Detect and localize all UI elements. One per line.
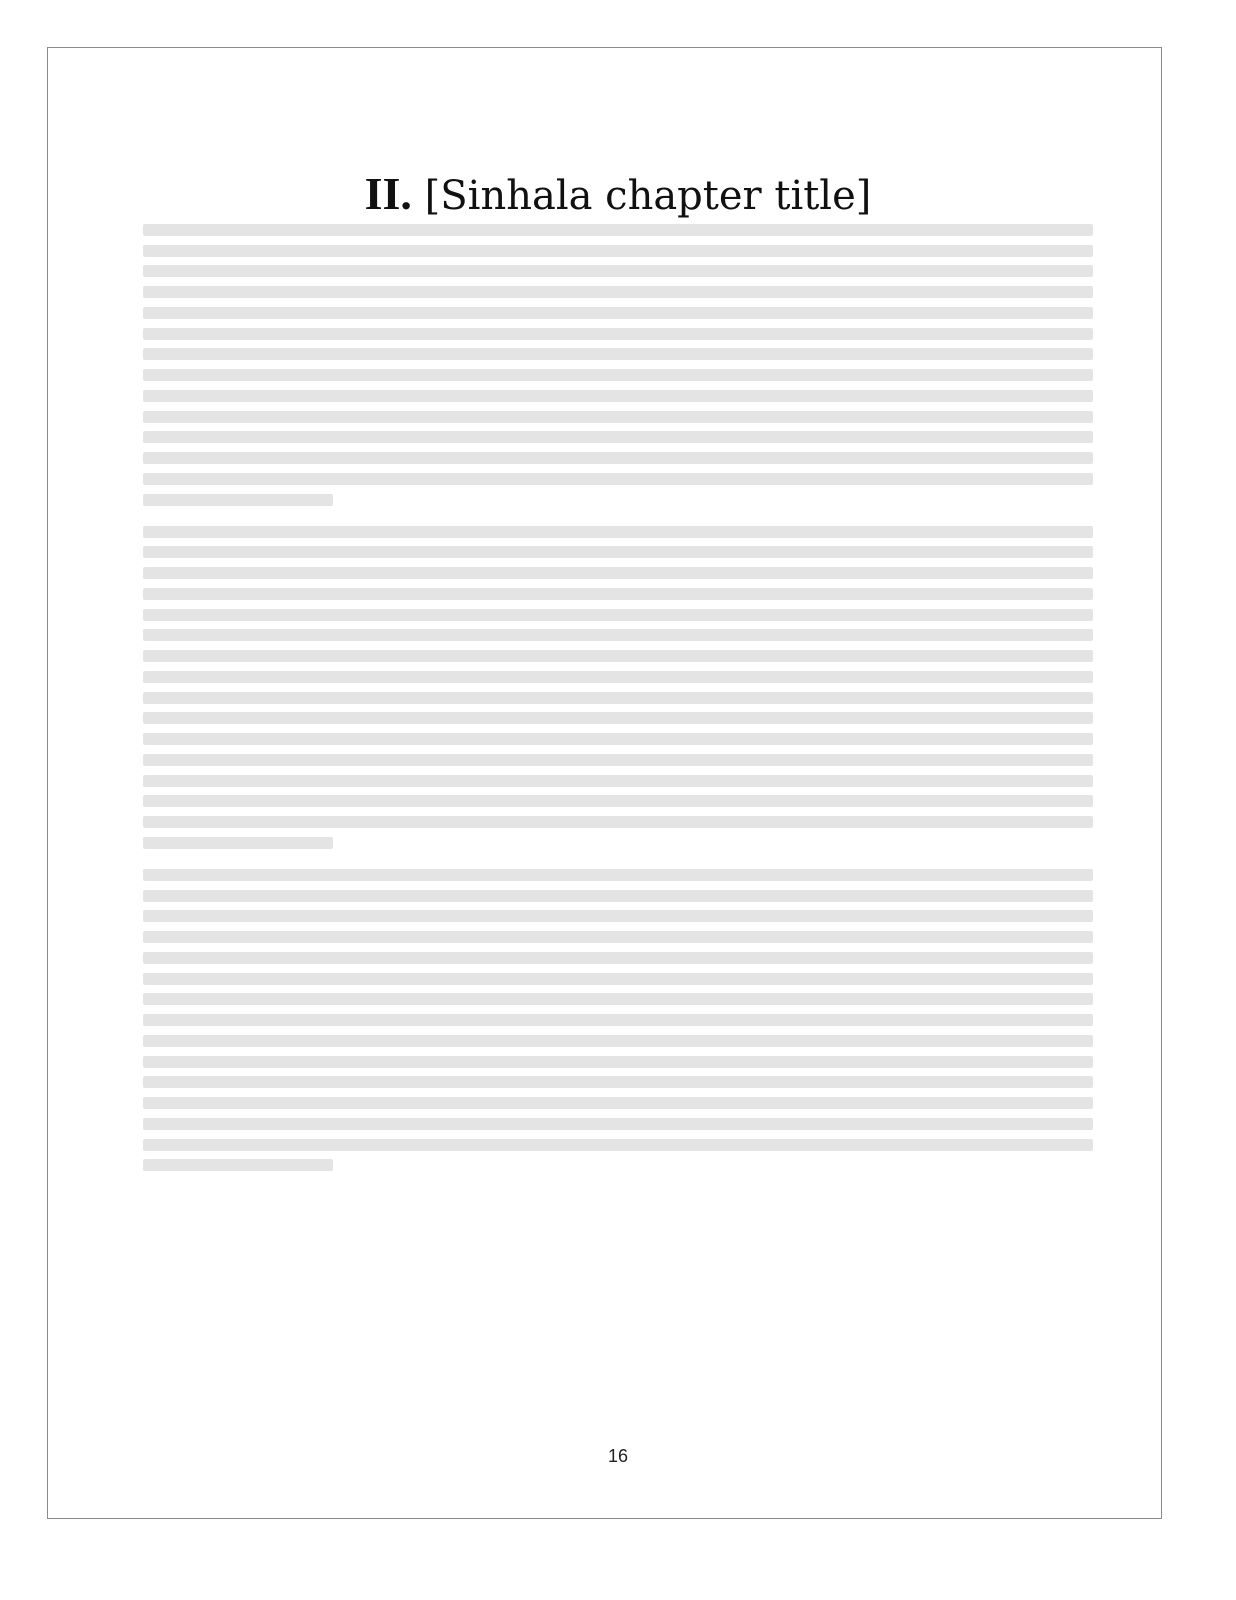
text-line <box>143 1097 1093 1109</box>
text-line <box>143 837 333 849</box>
text-line <box>143 609 1093 621</box>
text-line <box>143 910 1093 922</box>
text-line <box>143 567 1093 579</box>
text-line <box>143 795 1093 807</box>
text-line <box>143 1035 1093 1047</box>
text-line <box>143 588 1093 600</box>
text-line <box>143 473 1093 485</box>
text-line <box>143 890 1093 902</box>
text-line <box>143 411 1093 423</box>
text-line <box>143 431 1093 443</box>
text-line <box>143 869 1093 881</box>
text-line <box>143 348 1093 360</box>
chapter-title: II. [Sinhala chapter title] <box>0 167 1236 220</box>
text-line <box>143 328 1093 340</box>
text-line <box>143 245 1093 257</box>
text-line <box>143 265 1093 277</box>
text-line <box>143 754 1093 766</box>
text-line <box>143 224 1093 236</box>
text-line <box>143 993 1093 1005</box>
chapter-title-text: [Sinhala chapter title] <box>425 173 872 219</box>
text-line <box>143 494 333 506</box>
text-line <box>143 650 1093 662</box>
text-line <box>143 1159 333 1171</box>
text-line <box>143 1076 1093 1088</box>
chapter-numeral: II. <box>365 168 412 219</box>
text-line <box>143 307 1093 319</box>
page-number: 16 <box>0 1446 1236 1467</box>
text-line <box>143 546 1093 558</box>
paragraph-3 <box>143 869 1093 1172</box>
text-line <box>143 286 1093 298</box>
text-line <box>143 452 1093 464</box>
text-line <box>143 629 1093 641</box>
text-line <box>143 931 1093 943</box>
text-line <box>143 671 1093 683</box>
text-line <box>143 816 1093 828</box>
text-line <box>143 1118 1093 1130</box>
text-line <box>143 390 1093 402</box>
text-line <box>143 1139 1093 1151</box>
text-line <box>143 973 1093 985</box>
text-line <box>143 1014 1093 1026</box>
text-line <box>143 1056 1093 1068</box>
text-line <box>143 369 1093 381</box>
text-line <box>143 692 1093 704</box>
text-line <box>143 952 1093 964</box>
paragraph-2 <box>143 526 1093 849</box>
text-line <box>143 526 1093 538</box>
paragraph-1 <box>143 224 1093 506</box>
body-text <box>143 215 1093 1191</box>
text-line <box>143 712 1093 724</box>
text-line <box>143 775 1093 787</box>
text-line <box>143 733 1093 745</box>
